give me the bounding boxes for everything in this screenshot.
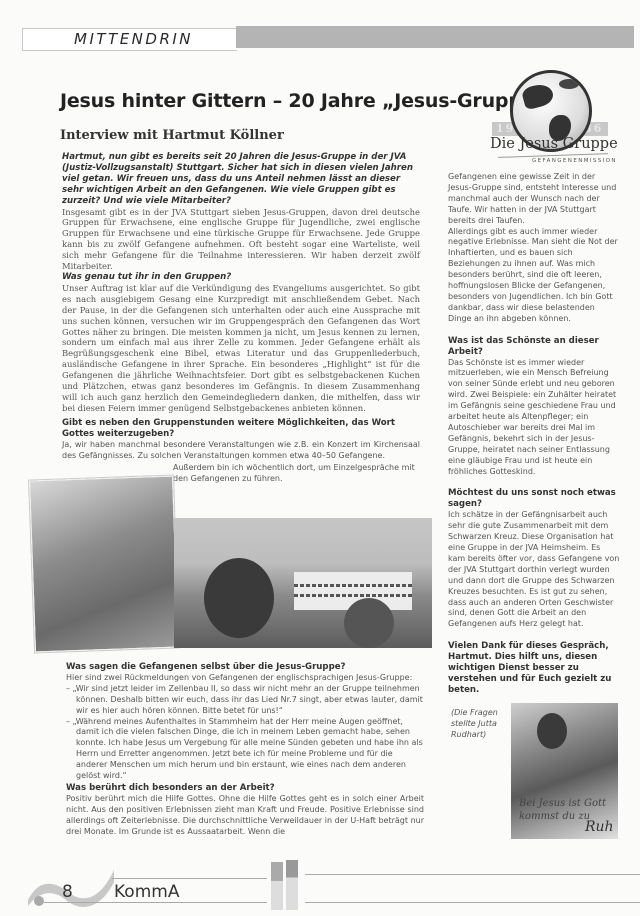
- logo-name: Die Jesus Gruppe: [490, 136, 618, 152]
- quote-text: „Während meines Aufenthaltes in Stammhei…: [73, 717, 423, 781]
- answer-text: Das Schönste ist es immer wieder mitzuer…: [448, 358, 620, 478]
- answer-text: Unser Auftrag ist klar auf die Verkündig…: [62, 283, 420, 414]
- intro-question: Hartmut, nun gibt es bereits seit 20 Jah…: [62, 152, 420, 207]
- group-photo: [29, 476, 179, 653]
- credit-text: (Die Fragen stellte Jutta Rudhart): [451, 708, 507, 741]
- answer-cont: Gefangenen eine gewisse Zeit in der Jesu…: [448, 172, 620, 227]
- q3-block: Gibt es neben den Gruppenstunden weitere…: [62, 418, 420, 462]
- painting-ruh: Ruh: [585, 819, 614, 835]
- painting-line: kommst du zu: [519, 811, 590, 822]
- tree-shape: [204, 558, 274, 638]
- quote-item: – „Wir sind jetzt leider im Zellenbau II…: [66, 684, 424, 717]
- footer-rule: [305, 874, 640, 875]
- section-header-bar: [236, 26, 634, 48]
- closing-text: Vielen Dank für dieses Gespräch, Hartmut…: [448, 641, 620, 696]
- question-heading: Gibt es neben den Gruppenstunden weitere…: [62, 418, 420, 440]
- q2-block: Was genau tut ihr in den Gruppen? Unser …: [62, 272, 420, 414]
- q4-block: Was sagen die Gefangenen selbst über die…: [66, 662, 424, 838]
- answer-text: Ja, wir haben manchmal besondere Veranst…: [62, 440, 420, 462]
- window-row: [294, 584, 412, 587]
- answer-text: Ich schätze in der Gefängnisarbeit auch …: [448, 510, 620, 630]
- figure-shape: [537, 713, 567, 749]
- tree-shape: [344, 598, 394, 648]
- painting-line: Bei Jesus ist Gott: [519, 798, 606, 809]
- article-subtitle: Interview mit Hartmut Köllner: [60, 128, 284, 143]
- article-title: Jesus hinter Gittern – 20 Jahre „Jesus-G…: [60, 90, 547, 112]
- page-number: 8: [62, 882, 73, 902]
- question-heading: Was ist das Schönste an dieser Arbeit?: [448, 336, 620, 358]
- intro-block: Hartmut, nun gibt es bereits seit 20 Jah…: [62, 152, 420, 272]
- prison-building-photo: [174, 518, 432, 648]
- dot-icon: [34, 896, 44, 906]
- brand-mark-icon: [271, 862, 283, 910]
- footer-rule: [305, 902, 640, 903]
- question-heading: Was genau tut ihr in den Gruppen?: [62, 272, 420, 283]
- footer-rule: [112, 878, 267, 879]
- window-row: [294, 594, 412, 597]
- answer-text: Positiv berührt mich die Hilfe Gottes. O…: [66, 794, 424, 838]
- answer-text-cont: Außerdem bin ich wöchentlich dort, um Ei…: [173, 463, 421, 485]
- right-column: Gefangenen eine gewisse Zeit in der Jesu…: [448, 172, 620, 696]
- logo-tagline: GEFANGENENMISSION: [532, 158, 617, 164]
- quote-text: „Wir sind jetzt leider im Zellenbau II, …: [73, 684, 423, 715]
- question-heading: Was sagen die Gefangenen selbst über die…: [66, 662, 424, 673]
- question-heading: Möchtest du uns sonst noch etwas sagen?: [448, 488, 620, 510]
- section-header: MITTENDRIN: [22, 28, 634, 50]
- jesus-painting: Bei Jesus ist Gottkommst du zu Ruh: [511, 703, 618, 839]
- q3-block-cont: Außerdem bin ich wöchentlich dort, um Ei…: [173, 463, 421, 485]
- question-heading: Was berührt dich besonders an der Arbeit…: [66, 783, 424, 794]
- intro-answer: Insgesamt gibt es in der JVA Stuttgart s…: [62, 207, 420, 272]
- quote-item: – „Während meines Aufenthaltes in Stammh…: [66, 717, 424, 782]
- answer-cont2: Allerdings gibt es auch immer wieder neg…: [448, 227, 620, 325]
- page-footer: 8 KommA: [0, 860, 640, 916]
- magazine-brand: KommA: [114, 882, 179, 902]
- brand-mark-icon: [286, 860, 298, 910]
- section-label: MITTENDRIN: [74, 30, 193, 48]
- footer-rule: [44, 902, 267, 903]
- answer-intro: Hier sind zwei Rückmeldungen von Gefange…: [66, 673, 424, 684]
